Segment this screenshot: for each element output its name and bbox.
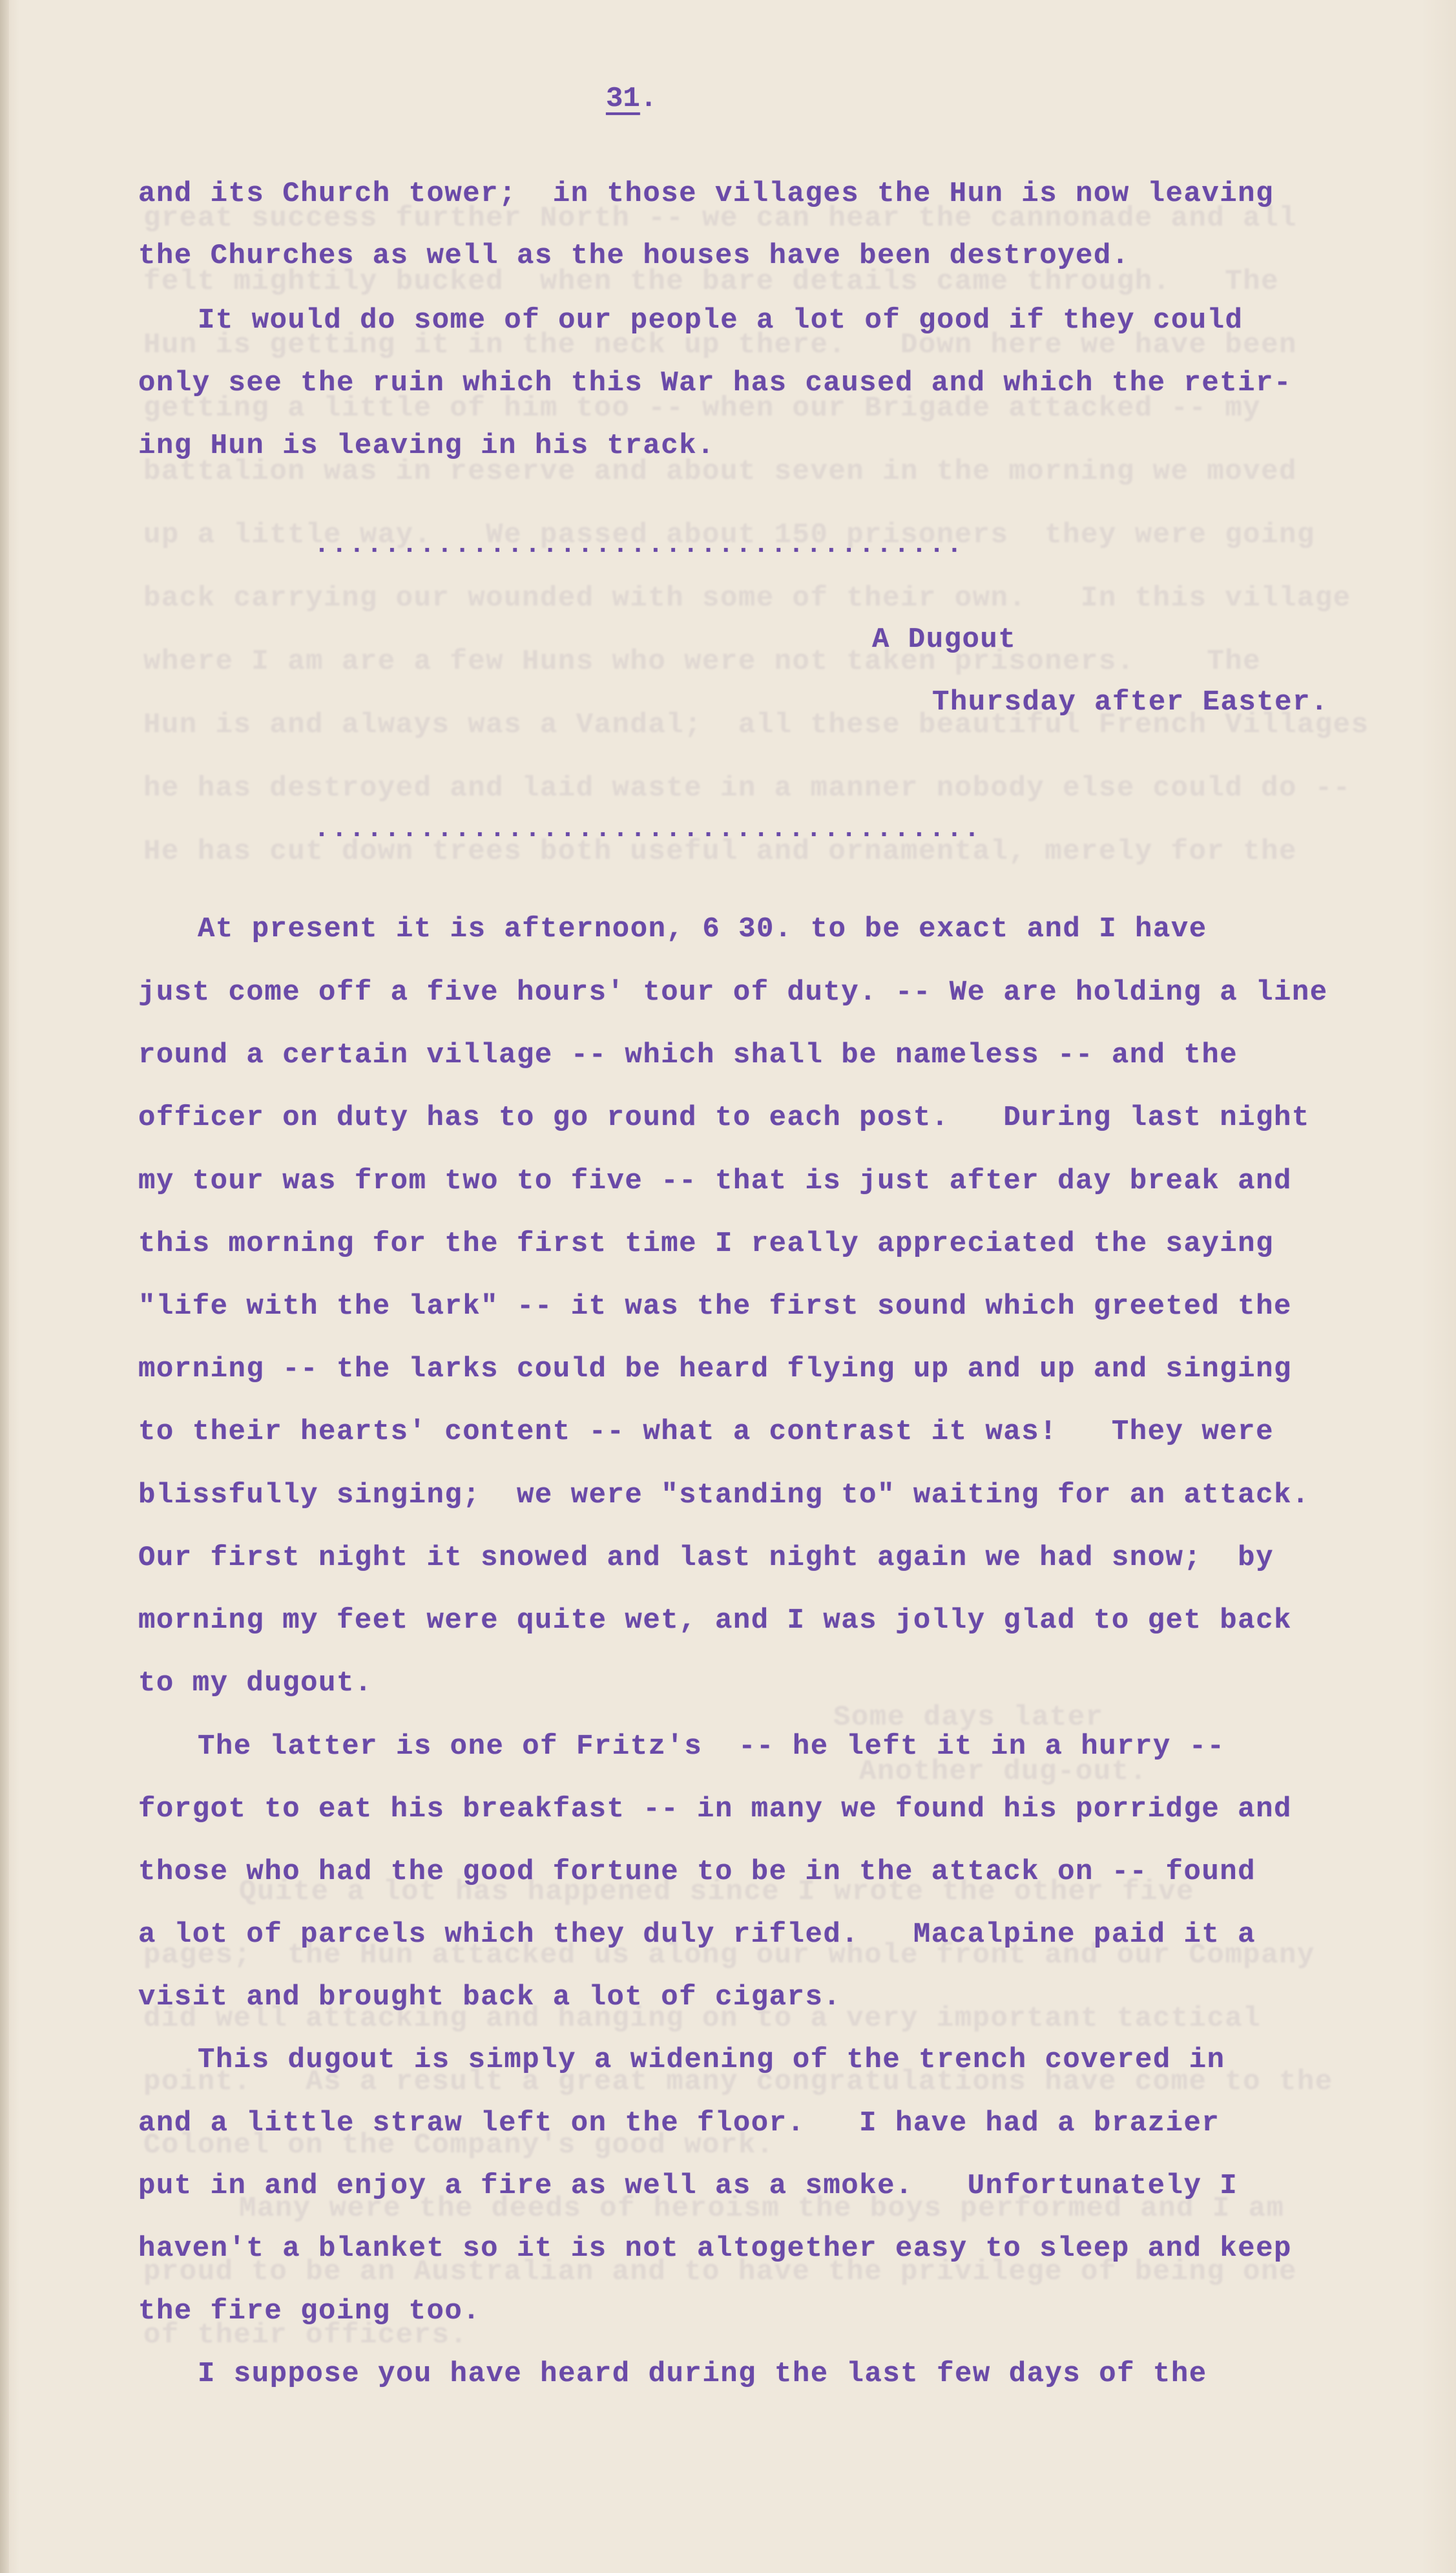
dotted-separator-2: ...................................... — [314, 815, 982, 845]
text-line: I suppose you have heard during the last… — [198, 2360, 1207, 2388]
text-line: visit and brought back a lot of cigars. — [138, 1983, 841, 2011]
page-number: 31. — [606, 83, 657, 115]
text-line: the fire going too. — [138, 2297, 481, 2326]
dotted-separator-1: ..................................... — [314, 531, 964, 560]
bleed-through-line: Some days later — [833, 1703, 1104, 1732]
heading-date: Thursday after Easter. — [932, 688, 1329, 717]
text-line: just come off a five hours' tour of duty… — [138, 978, 1328, 1007]
paper-binding-edge — [0, 0, 9, 2573]
text-line: ing Hun is leaving in his track. — [138, 432, 715, 460]
text-line: round a certain village -- which shall b… — [138, 1041, 1238, 1069]
text-line: and a little straw left on the floor. I … — [138, 2109, 1220, 2137]
text-line: and its Church tower; in those villages … — [138, 180, 1274, 208]
text-line: This dugout is simply a widening of the … — [198, 2046, 1225, 2074]
text-line: "life with the lark" -- it was the first… — [138, 1292, 1292, 1321]
text-line: The latter is one of Fritz's -- he left … — [198, 1732, 1225, 1761]
text-line: to my dugout. — [138, 1669, 373, 1697]
text-line: blissfully singing; we were "standing to… — [138, 1481, 1310, 1509]
text-line: the Churches as well as the houses have … — [138, 242, 1130, 270]
bleed-through-line: where I am are a few Huns who were not t… — [143, 647, 1261, 676]
bleed-through-line: he has destroyed and laid waste in a man… — [143, 774, 1351, 803]
text-line: forgot to eat his breakfast -- in many w… — [138, 1795, 1292, 1823]
text-line: It would do some of our people a lot of … — [198, 306, 1243, 335]
text-line: only see the ruin which this War has cau… — [138, 369, 1292, 397]
text-line: those who had the good fortune to be in … — [138, 1858, 1256, 1886]
text-line: Our first night it snowed and last night… — [138, 1544, 1274, 1572]
text-line: At present it is afternoon, 6 30. to be … — [198, 915, 1207, 943]
text-line: to their hearts' content -- what a contr… — [138, 1418, 1274, 1446]
text-line: put in and enjoy a fire as well as a smo… — [138, 2172, 1238, 2200]
text-line: morning my feet were quite wet, and I wa… — [138, 1606, 1292, 1635]
text-line: officer on duty has to go round to each … — [138, 1104, 1310, 1132]
heading-place: A Dugout — [872, 625, 1016, 654]
scanned-page: great success further North -- we can he… — [0, 0, 1456, 2573]
text-line: morning -- the larks could be heard flyi… — [138, 1355, 1292, 1383]
page-number-value: 31 — [606, 83, 640, 115]
bleed-through-line: back carrying our wounded with some of t… — [143, 584, 1351, 613]
page-number-punct: . — [640, 83, 657, 115]
text-line: my tour was from two to five -- that is … — [138, 1167, 1292, 1195]
text-line: this morning for the first time I really… — [138, 1230, 1274, 1258]
text-line: haven't a blanket so it is not altogethe… — [138, 2234, 1292, 2263]
text-line: a lot of parcels which they duly rifled.… — [138, 1920, 1256, 1949]
